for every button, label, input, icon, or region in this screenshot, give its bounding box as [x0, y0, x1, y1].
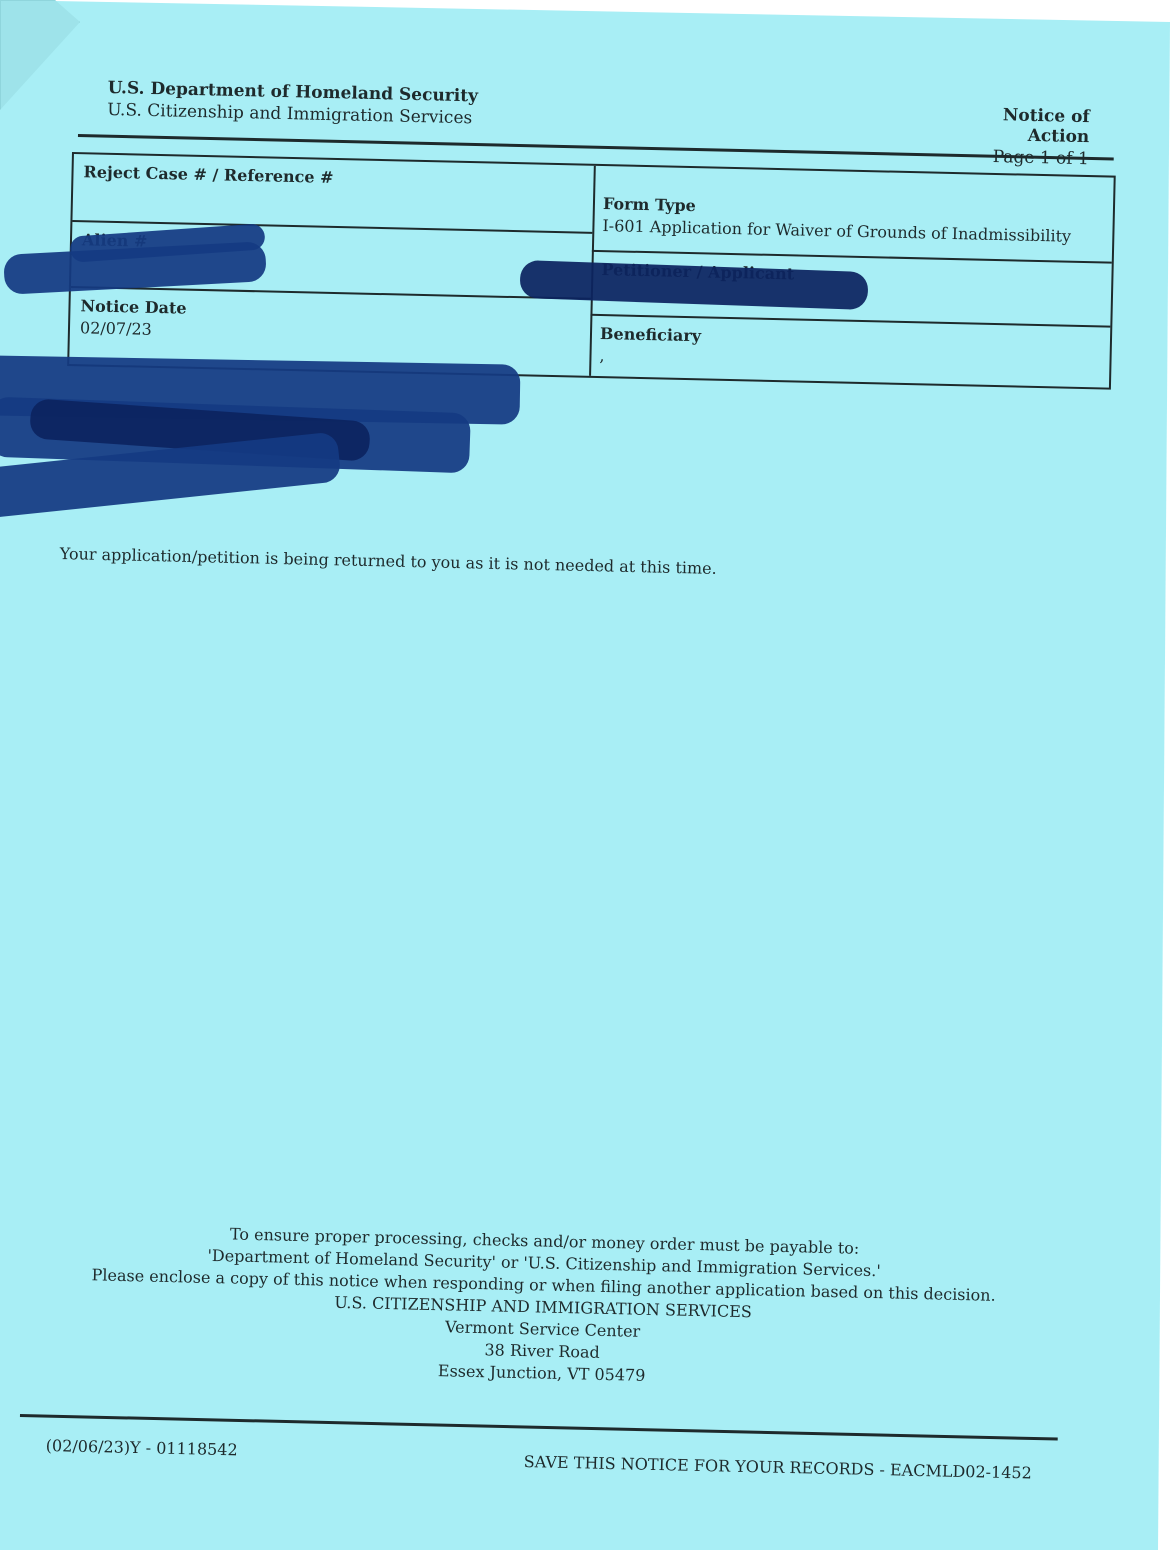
payment-instructions: To ensure proper processing, checks and/…	[77, 1220, 1010, 1395]
beneficiary-cell: Beneficiary ,	[589, 314, 1110, 386]
reject-case-cell: Reject Case # / Reference #	[72, 154, 593, 232]
form-type-cell: Form Type I-601 Application for Waiver o…	[592, 186, 1113, 262]
notice-type: Notice of Action	[947, 104, 1090, 147]
agency-header: U.S. Department of Homeland Security U.S…	[107, 78, 478, 128]
reject-case-label: Reject Case # / Reference #	[83, 162, 583, 192]
